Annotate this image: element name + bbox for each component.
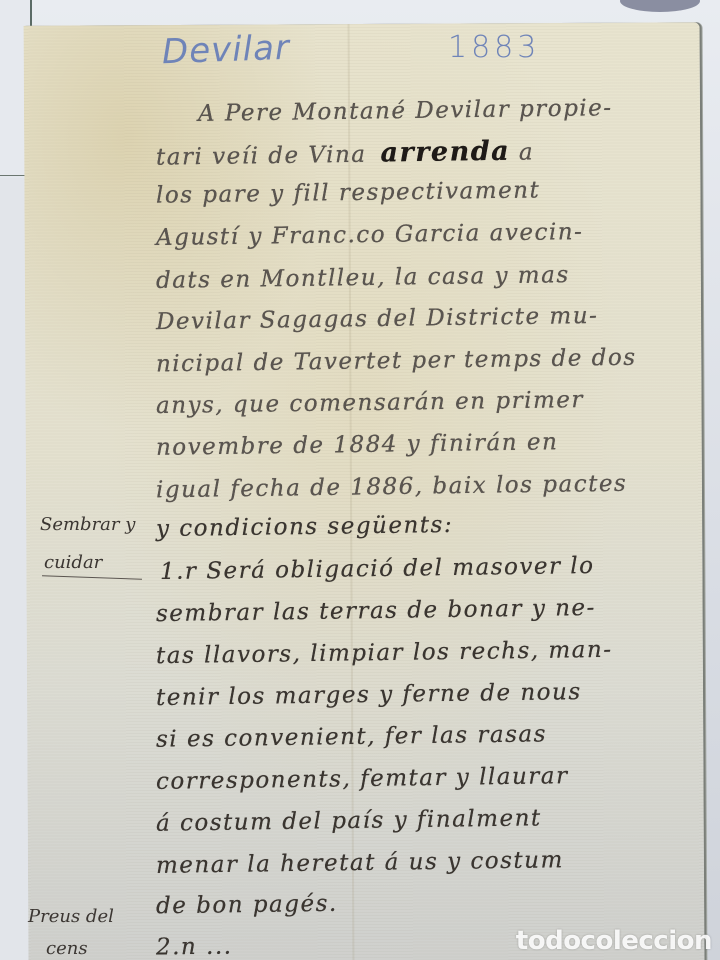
margin-note: Preus del bbox=[28, 906, 114, 927]
line-text: á costum del país y finalment bbox=[156, 805, 542, 836]
watermark-logo: todocoleccion bbox=[516, 926, 712, 956]
manuscript-line: tari veíi de Vinaarrenda a bbox=[156, 135, 535, 171]
pencil-annotation-name: Devilar bbox=[161, 28, 290, 72]
manuscript-line: á costum del país y finalment bbox=[156, 805, 542, 836]
margin-note: Sembrar y bbox=[40, 514, 135, 535]
line-text: si es convenient, fer las rasas bbox=[156, 721, 547, 752]
line-text: y condicions següents: bbox=[156, 512, 453, 542]
manuscript-line: si es convenient, fer las rasas bbox=[156, 721, 547, 752]
manuscript-line: de bon pagés. bbox=[156, 891, 338, 920]
emphasized-word: arrenda bbox=[380, 136, 510, 169]
manuscript-line: y condicions següents: bbox=[156, 512, 453, 542]
manuscript-line: 2.n ... bbox=[156, 933, 233, 960]
line-tail: a bbox=[510, 139, 534, 165]
pencil-annotation-year: 1883 bbox=[448, 30, 540, 65]
line-text: 2.n ... bbox=[156, 933, 233, 960]
line-text: tari veíi de Vina bbox=[156, 142, 367, 171]
line-text: de bon pagés. bbox=[156, 891, 338, 920]
margin-note: cens bbox=[46, 938, 88, 959]
line-text: los pare y fill respectivament bbox=[156, 177, 541, 208]
margin-note: cuidar bbox=[44, 552, 102, 573]
manuscript-line: los pare y fill respectivament bbox=[156, 177, 541, 208]
